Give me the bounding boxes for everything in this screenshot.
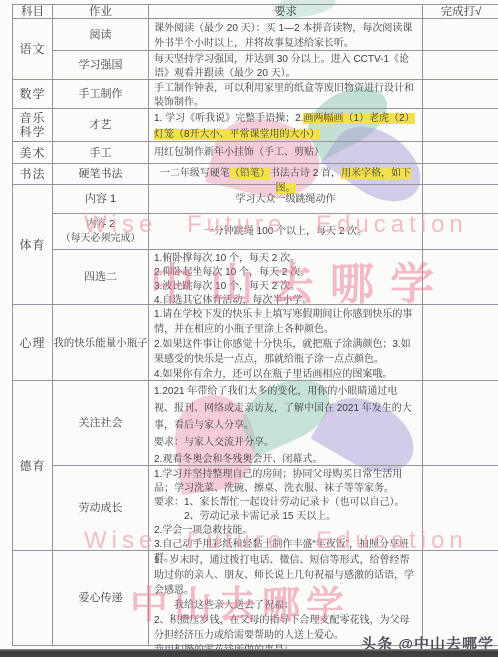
cell-requirement-handcraft: 手工制作钟表，可以利用家里的纸盒等废旧物资进行设计和装饰制作。 bbox=[149, 80, 423, 109]
cell-homework-pen-calligraphy: 硬笔书法 bbox=[53, 164, 149, 185]
cell-homework-handcraft: 手工制作 bbox=[53, 80, 149, 109]
cell-done-6 bbox=[423, 185, 498, 214]
cell-requirement-love: 1、岁末时，通过拨打电话、微信、短信等形式，给曾经帮助过你的亲人、朋友、师长说上… bbox=[149, 551, 423, 646]
cell-homework-craft: 手工 bbox=[53, 142, 149, 164]
cell-requirement-xuexiqiangguo: 每天坚持学习强国，并达到 30 分以上。进入 CCTV-1《论语》观看并跟读（最… bbox=[149, 51, 423, 80]
cell-subject-psychology: 心理 bbox=[13, 305, 53, 381]
cell-done-5 bbox=[423, 164, 498, 185]
cell-homework-content2: 内容 2 （每天必须完成） bbox=[53, 214, 149, 250]
cell-done-11 bbox=[423, 466, 498, 551]
cell-requirement-craft: 用红包制作新年小挂饰（手工、剪贴） bbox=[149, 142, 423, 164]
cell-requirement-reading: 课外阅读（最少 20 天）：买 1—2 本拼音读物，每次阅读课外书半个小时以上，… bbox=[149, 19, 423, 51]
cell-homework-xuexiqiangguo: 学习强国 bbox=[53, 51, 149, 80]
cell-subject-music-science: 音乐 科学 bbox=[13, 109, 53, 142]
cell-requirement-content2: 一分钟跳绳 100 个以上，每天 2 次。 bbox=[149, 214, 423, 250]
cell-subject-calligraphy: 书法 bbox=[13, 164, 53, 185]
cell-subject-art: 美术 bbox=[13, 142, 53, 164]
cell-done-8 bbox=[423, 250, 498, 305]
cell-homework-content1: 内容 1 bbox=[53, 185, 149, 214]
cell-requirement-content1: 学习大众一级跳绳动作 bbox=[149, 185, 423, 214]
cell-done-10 bbox=[423, 381, 498, 466]
cell-requirement-choose2of4: 1.俯卧撑每次 10 个，每天 2 次。2.仰卧起坐每次 10 个，每天 2 次… bbox=[149, 250, 423, 305]
cell-homework-happy-bottle: 我的快乐能量小瓶子 bbox=[53, 305, 149, 381]
cell-subject-empty bbox=[13, 551, 53, 646]
cell-done-2 bbox=[423, 80, 498, 109]
cell-homework-talent: 才艺 bbox=[53, 109, 149, 142]
header-done: 完成打√ bbox=[423, 5, 498, 19]
cell-subject-math: 数学 bbox=[13, 80, 53, 109]
cell-homework-society: 关注社会 bbox=[53, 381, 149, 466]
cell-requirement-happy-bottle: 1.请在学校下发的快乐卡上填写寒假期间让你感到快乐的事情，并在相应的小瓶子里涂上… bbox=[149, 305, 423, 381]
cell-done-3 bbox=[423, 109, 498, 142]
cell-done-7 bbox=[423, 214, 498, 250]
worksheet-photo: 科目 作业 要求 完成打√ 语文 数学 音乐 科学 美术 书法 体育 心理 德育… bbox=[0, 0, 498, 657]
photo-bottom-edge bbox=[0, 649, 498, 657]
cell-requirement-labor: 1.学习并坚持整理自己的房间；协同父母购买日常生活用品；学习洗菜、洗碗、擦桌、洗… bbox=[149, 466, 423, 551]
cell-done-4 bbox=[423, 142, 498, 164]
cell-requirement-society: 1.2021 年带给了我们太多的变化，用你的小眼睛通过电视、报刊、网络或走亲访友… bbox=[149, 381, 423, 466]
homework-table: 科目 作业 要求 完成打√ 语文 数学 音乐 科学 美术 书法 体育 心理 德育… bbox=[12, 4, 498, 646]
cell-done-12 bbox=[423, 551, 498, 646]
cell-subject-chinese: 语文 bbox=[13, 19, 53, 80]
cell-homework-choose2of4: 四选二 bbox=[53, 250, 149, 305]
cell-homework-labor: 劳动成长 bbox=[53, 466, 149, 551]
cell-subject-pe: 体育 bbox=[13, 185, 53, 305]
cell-requirement-pen-calligraphy: 一二年级写硬笔（铅笔）书法古诗 2 首，用米字格，如下图。 bbox=[149, 164, 423, 185]
cell-homework-reading: 阅读 bbox=[53, 19, 149, 51]
cell-subject-moral: 德育 bbox=[13, 381, 53, 551]
cell-homework-love: 爱心传递 bbox=[53, 551, 149, 646]
header-subject: 科目 bbox=[13, 5, 53, 19]
cell-done-9 bbox=[423, 305, 498, 381]
cell-done-1 bbox=[423, 51, 498, 80]
header-homework: 作业 bbox=[53, 5, 149, 19]
cell-done-0 bbox=[423, 19, 498, 51]
cell-requirement-talent: 1. 学习《听我说》完整手语操；2.画两幅画（1）老虎（2）灯笼（8开大小、平常… bbox=[149, 109, 423, 142]
header-requirement: 要求 bbox=[149, 5, 423, 19]
